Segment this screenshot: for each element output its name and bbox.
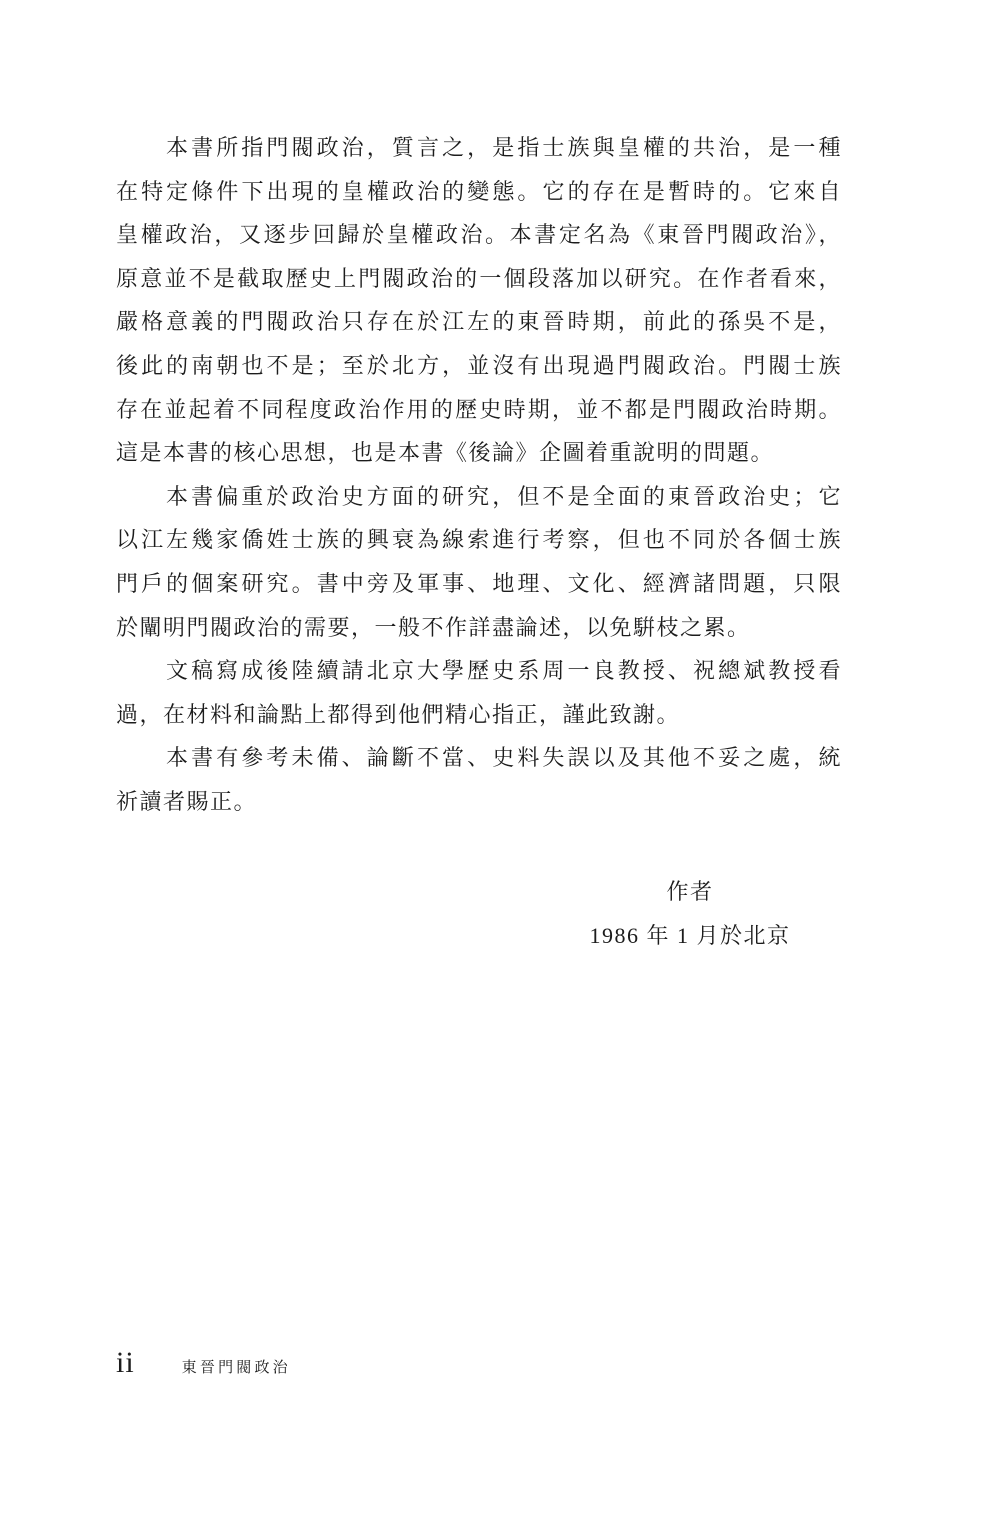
body-line: 本書偏重於政治史方面的研究，但不是全面的東晉政治史；它	[116, 475, 842, 519]
body-line: 本書所指門閥政治，質言之，是指士族與皇權的共治，是一種	[116, 126, 842, 170]
preface-body-text: 本書所指門閥政治，質言之，是指士族與皇權的共治，是一種 在特定條件下出現的皇權政…	[116, 126, 842, 824]
footer-book-title: 東晉門閥政治	[182, 1356, 291, 1377]
footer-page-number: ii	[116, 1346, 135, 1380]
body-line: 以江左幾家僑姓士族的興衰為線索進行考察，但也不同於各個士族	[116, 518, 842, 562]
body-line: 文稿寫成後陸續請北京大學歷史系周一良教授、祝總斌教授看	[116, 649, 842, 693]
book-page: 本書所指門閥政治，質言之，是指士族與皇權的共治，是一種 在特定條件下出現的皇權政…	[0, 0, 1000, 1513]
body-line: 祈讀者賜正。	[116, 780, 842, 824]
signature-author: 作者	[565, 870, 815, 914]
signature-date: 1986 年 1 月於北京	[565, 914, 815, 958]
body-line: 這是本書的核心思想，也是本書《後論》企圖着重說明的問題。	[116, 431, 842, 475]
body-line: 嚴格意義的門閥政治只存在於江左的東晉時期，前此的孫吳不是，	[116, 300, 842, 344]
body-line: 於闡明門閥政治的需要，一般不作詳盡論述，以免騈枝之累。	[116, 606, 842, 650]
body-line: 過，在材料和論點上都得到他們精心指正，謹此致謝。	[116, 693, 842, 737]
body-line: 本書有參考未備、論斷不當、史料失誤以及其他不妥之處，統	[116, 736, 842, 780]
signature-block: 作者 1986 年 1 月於北京	[565, 870, 815, 958]
body-line: 存在並起着不同程度政治作用的歷史時期，並不都是門閥政治時期。	[116, 388, 842, 432]
body-line: 後此的南朝也不是；至於北方，並沒有出現過門閥政治。門閥士族	[116, 344, 842, 388]
body-line: 原意並不是截取歷史上門閥政治的一個段落加以研究。在作者看來，	[116, 257, 842, 301]
body-line: 在特定條件下出現的皇權政治的變態。它的存在是暫時的。它來自	[116, 170, 842, 214]
page-footer: ii 東晉門閥政治	[116, 1346, 291, 1380]
body-line: 門戶的個案研究。書中旁及軍事、地理、文化、經濟諸問題，只限	[116, 562, 842, 606]
body-line: 皇權政治，又逐步回歸於皇權政治。本書定名為《東晉門閥政治》，	[116, 213, 842, 257]
